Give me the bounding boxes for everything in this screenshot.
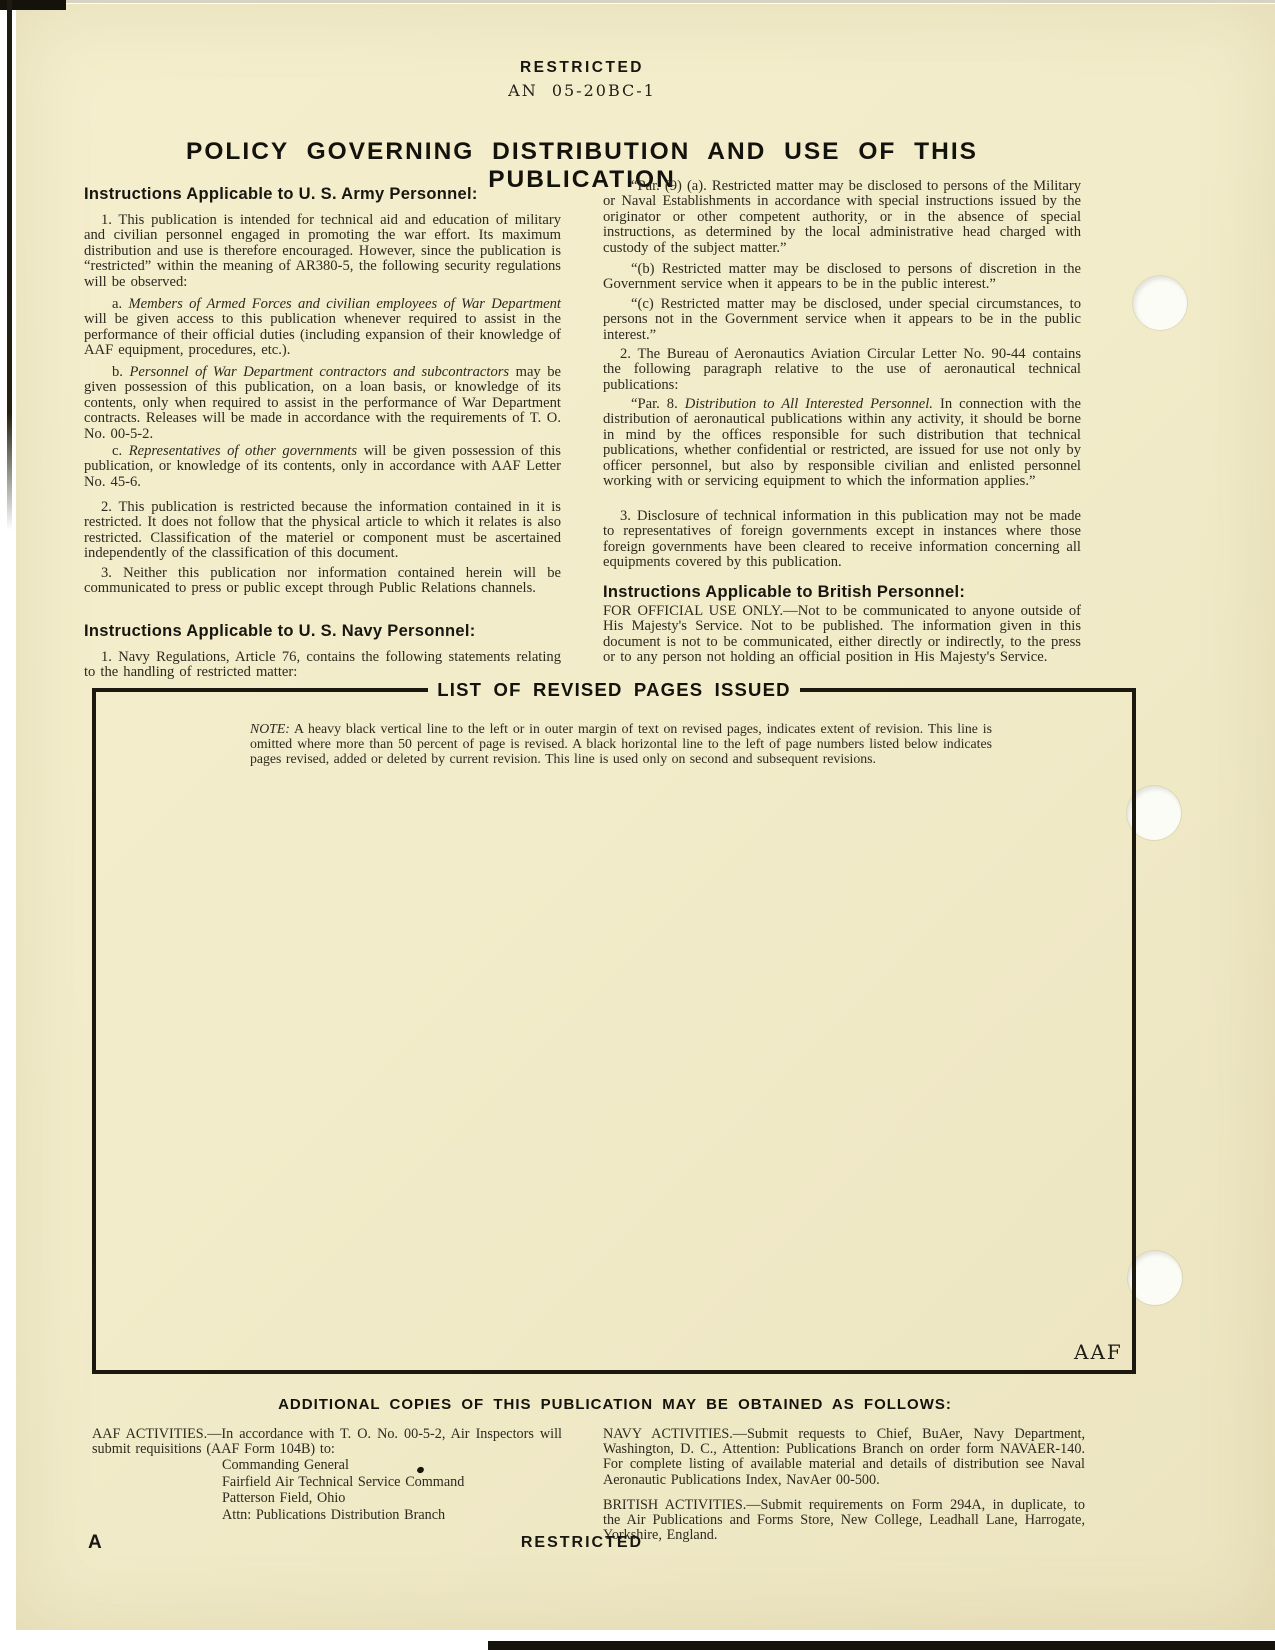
army-paragraph-b-label: b. xyxy=(112,364,123,380)
scan-top-edge xyxy=(66,0,1275,3)
navy-instructions-heading: Instructions Applicable to U. S. Navy Pe… xyxy=(84,622,561,641)
navy-paragraph-1: 1. Navy Regulations, Article 76, contain… xyxy=(84,650,561,681)
army-paragraph-a: a. Members of Armed Forces and civilian … xyxy=(84,297,561,359)
punch-hole-top xyxy=(1133,276,1187,330)
british-instructions-heading: Instructions Applicable to British Perso… xyxy=(603,583,1081,602)
scan-left-edge-line xyxy=(7,0,12,530)
british-paragraph: FOR OFFICIAL USE ONLY.—Not to be communi… xyxy=(603,604,1081,666)
scanned-document-page: RESTRICTED AN 05-20BC-1 POLICY GOVERNING… xyxy=(0,0,1275,1650)
navy-quote-par8-label: “Par. 8. xyxy=(631,396,678,412)
note-text: A heavy black vertical line to the left … xyxy=(250,721,992,766)
army-paragraph-b: b. Personnel of War Department contracto… xyxy=(84,365,561,442)
navy-quote-b: “(b) Restricted matter may be disclosed … xyxy=(603,262,1081,293)
army-paragraph-1: 1. This publication is intended for tech… xyxy=(84,213,561,290)
army-paragraph-c: c. Representatives of other governments … xyxy=(84,444,561,490)
classification-footer: RESTRICTED xyxy=(84,1534,1080,1552)
navy-quote-par8: “Par. 8. Distribution to All Interested … xyxy=(603,397,1081,489)
aaf-address-line: Attn: Publications Distribution Branch xyxy=(222,1507,562,1523)
army-instructions-heading: Instructions Applicable to U. S. Army Pe… xyxy=(84,185,561,204)
navy-activities-text: NAVY ACTIVITIES.—Submit requests to Chie… xyxy=(603,1427,1085,1488)
army-paragraph-a-rest: will be given access to this publication… xyxy=(84,311,561,358)
army-paragraph-c-italic: Representatives of other governments xyxy=(129,443,357,459)
navy-quote-par8-italic: Distribution to All Interested Personnel… xyxy=(685,396,933,412)
revised-pages-box xyxy=(92,690,1136,1374)
scan-bottom-bar-artifact xyxy=(488,1641,1275,1650)
army-paragraph-a-italic: Members of Armed Forces and civilian emp… xyxy=(128,296,561,312)
aaf-activities-text: AAF ACTIVITIES.—In accordance with T. O.… xyxy=(92,1427,562,1457)
navy-quote-a: “Par. (9) (a). Restricted matter may be … xyxy=(603,179,1081,256)
navy-british-activities-block: NAVY ACTIVITIES.—Submit requests to Chie… xyxy=(603,1427,1085,1543)
navy-paragraph-2: 2. The Bureau of Aeronautics Aviation Ci… xyxy=(603,347,1081,393)
document-number: AN 05-20BC-1 xyxy=(84,81,1080,100)
punch-hole-bottom xyxy=(1128,1251,1182,1305)
army-paragraph-b-italic: Personnel of War Department contractors … xyxy=(129,364,509,380)
navy-quote-c: “(c) Restricted matter may be disclosed,… xyxy=(603,297,1081,343)
additional-copies-heading: ADDITIONAL COPIES OF THIS PUBLICATION MA… xyxy=(92,1396,1138,1413)
army-paragraph-3: 3. Neither this publication nor informat… xyxy=(84,566,561,597)
army-paragraph-2: 2. This publication is restricted becaus… xyxy=(84,500,561,562)
note-label: NOTE: xyxy=(250,721,290,736)
revised-pages-note: NOTE: A heavy black vertical line to the… xyxy=(250,721,992,767)
army-paragraph-a-label: a. xyxy=(112,296,122,312)
aaf-address-line: Patterson Field, Ohio xyxy=(222,1490,562,1506)
navy-paragraph-3: 3. Disclosure of technical information i… xyxy=(603,509,1081,571)
aaf-activities-block: AAF ACTIVITIES.—In accordance with T. O.… xyxy=(92,1427,562,1523)
aaf-address-line: Fairfield Air Technical Service Command xyxy=(222,1474,562,1490)
aaf-address-line: Commanding General xyxy=(222,1457,562,1473)
aaf-stamp: AAF xyxy=(1074,1340,1123,1364)
classification-header: RESTRICTED xyxy=(84,59,1080,77)
army-paragraph-c-label: c. xyxy=(112,443,122,459)
